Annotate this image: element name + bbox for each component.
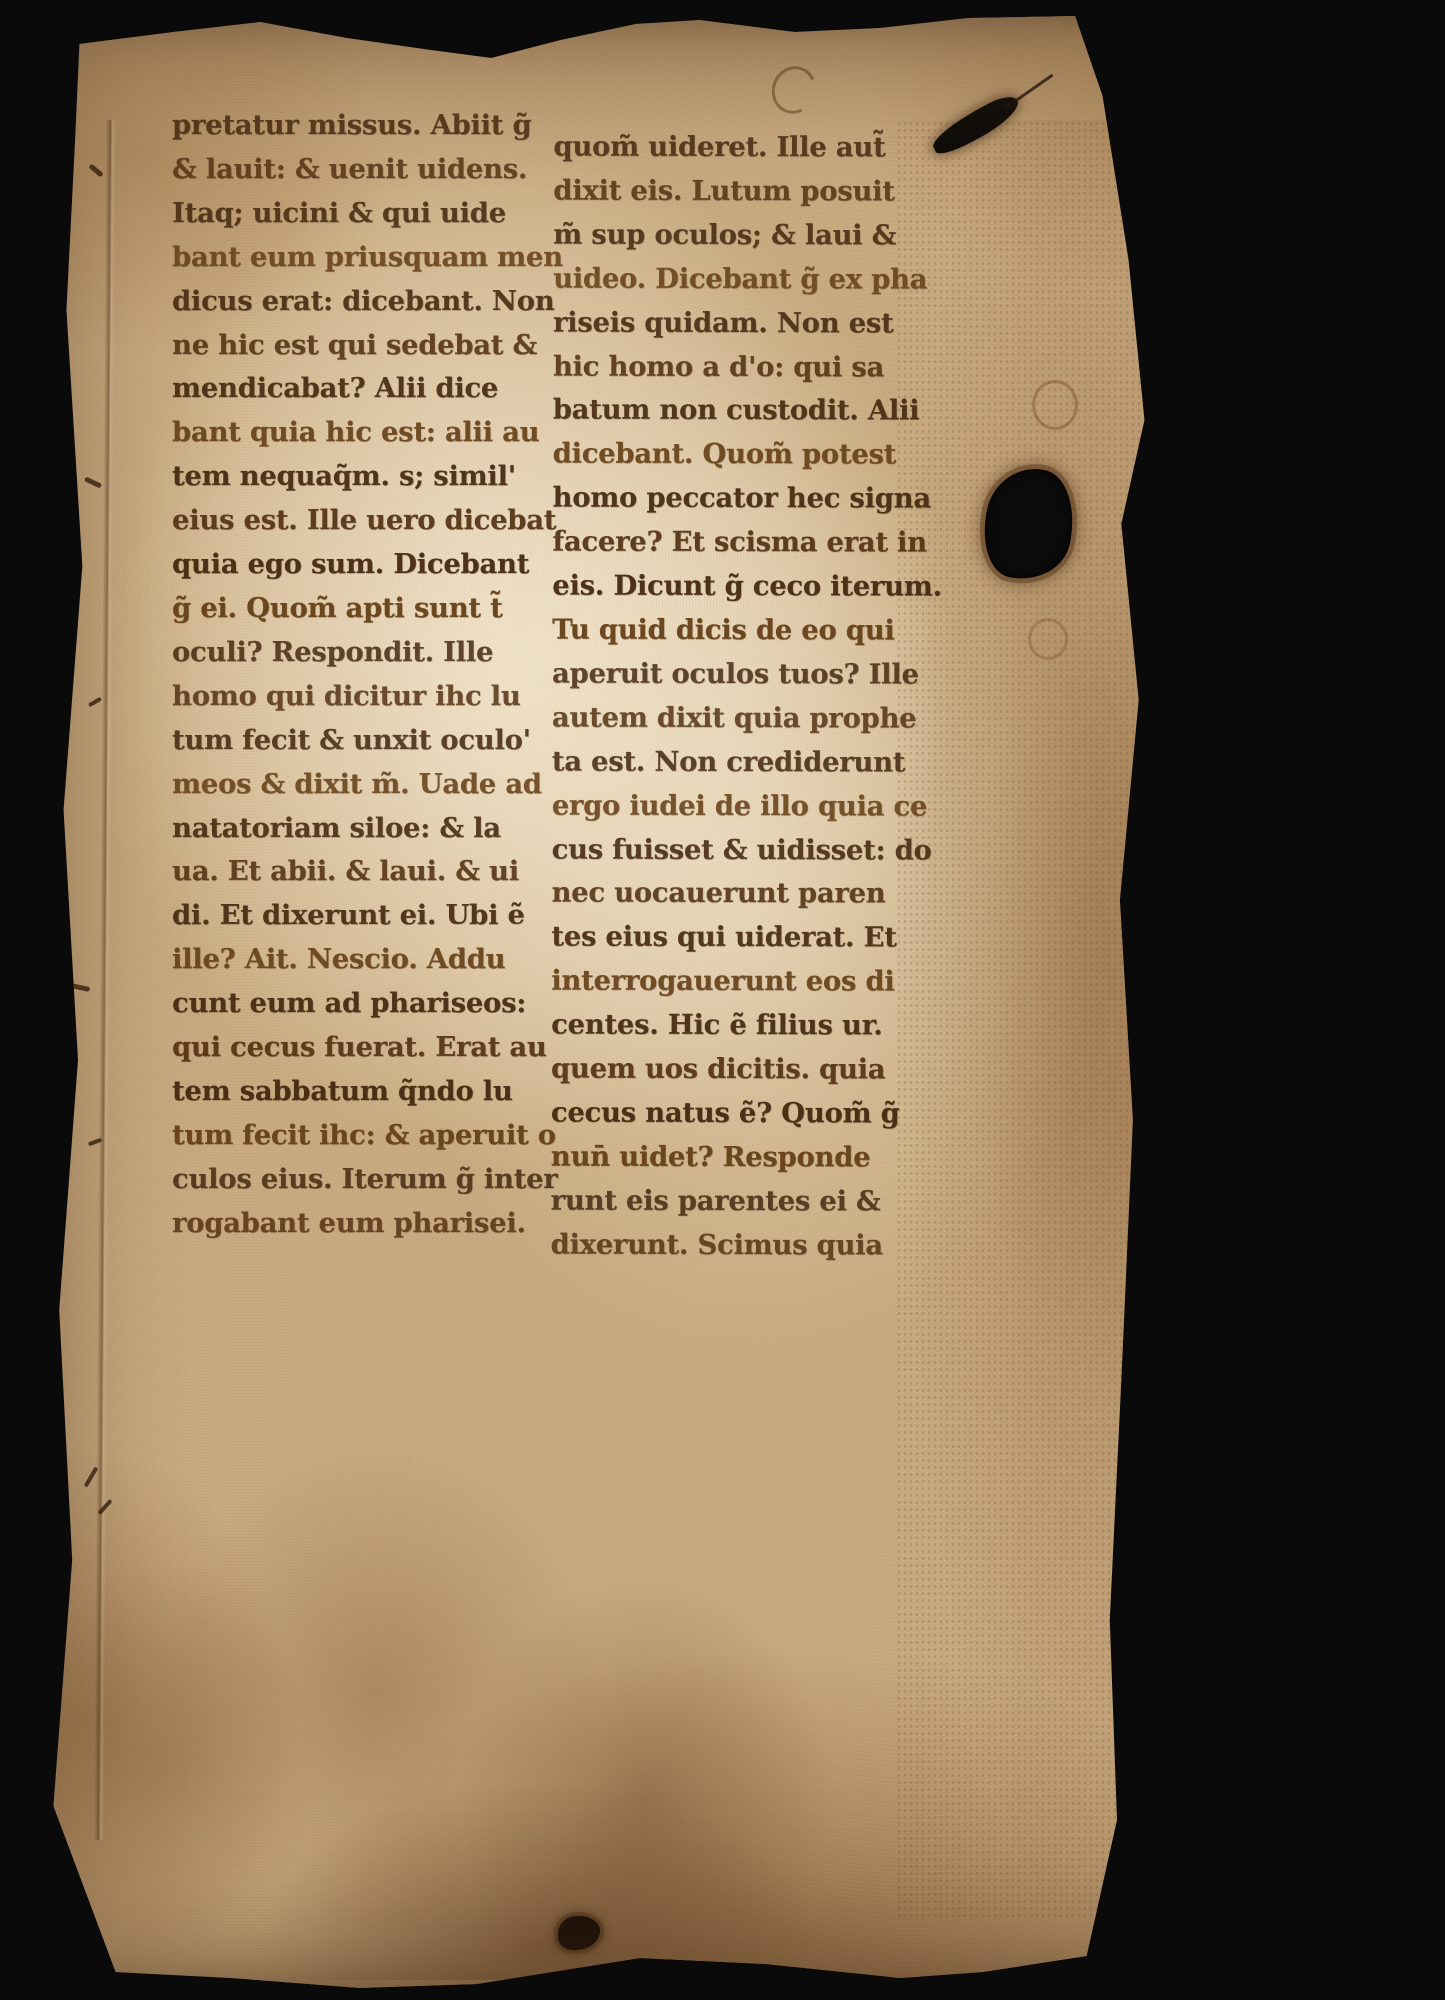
manuscript-leaf: pretatur missus. Abiit g̃& lauit: & ueni… — [0, 0, 1445, 2000]
top-left-punch-hole — [52, 56, 62, 69]
bottom-left-ring-mark — [44, 1928, 76, 1960]
edge-vignette — [0, 0, 1445, 2000]
photo-background: pretatur missus. Abiit g̃& lauit: & ueni… — [0, 0, 1445, 2000]
bottom-left-hook-mark — [70, 1941, 86, 1953]
